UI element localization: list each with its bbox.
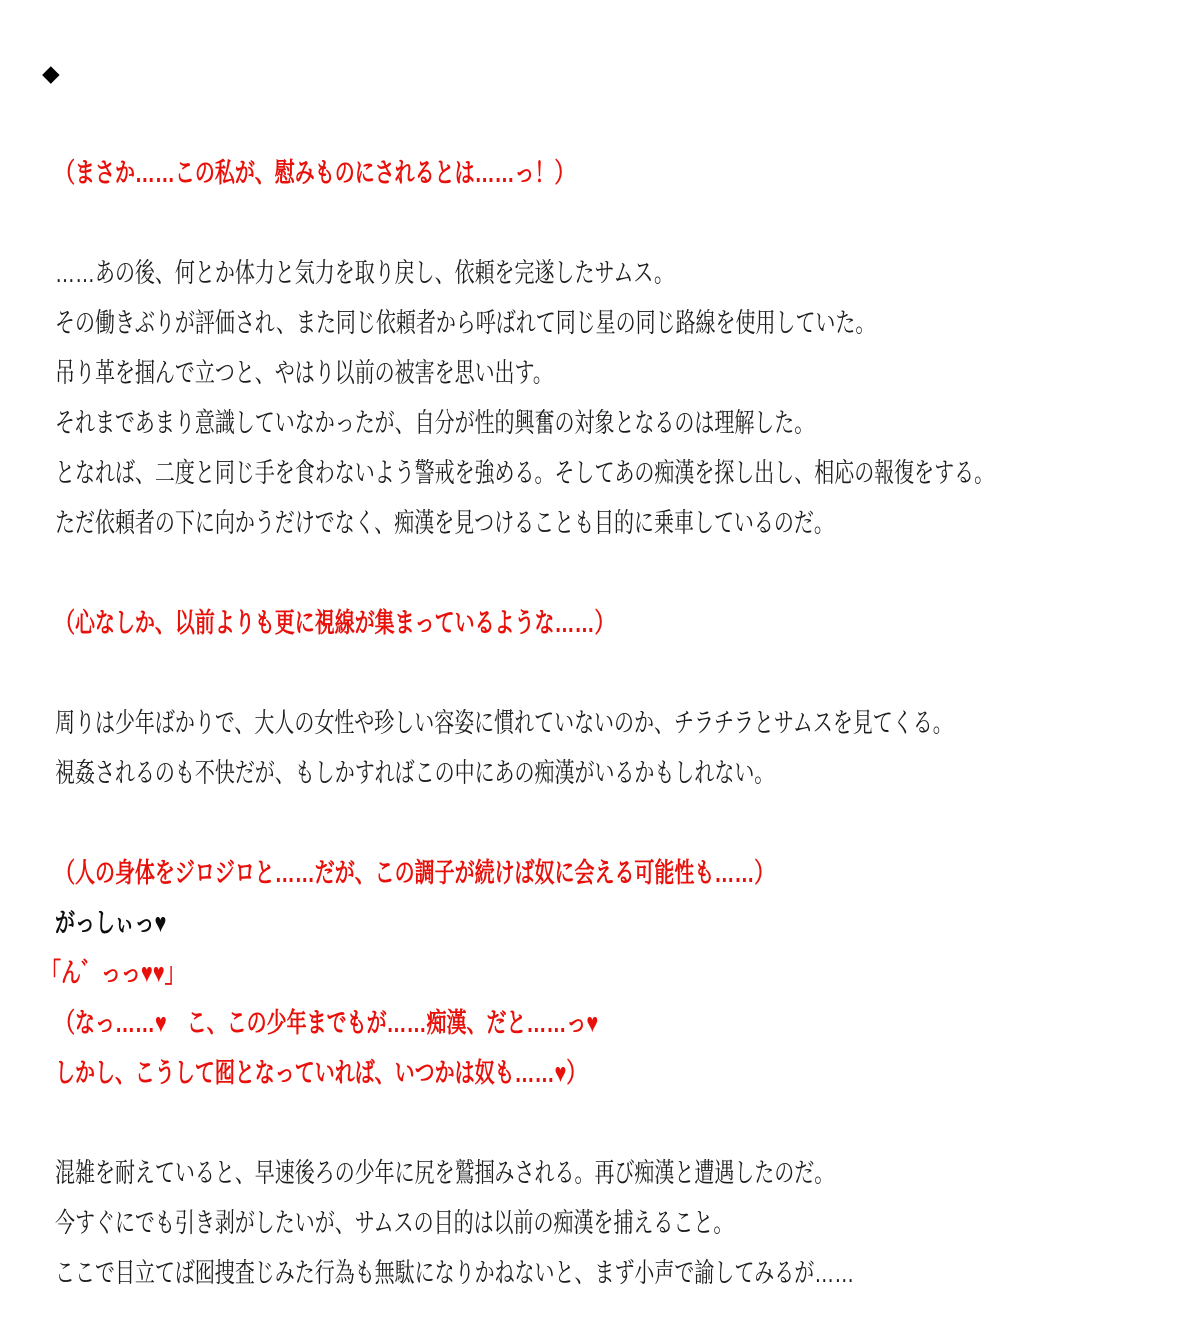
blank-line bbox=[0, 648, 1182, 698]
dialogue-line: 「ん゛っっ♥♥」 bbox=[41, 948, 1182, 998]
narration-line: 視姦されるのも不快だが、もしかすればこの中にあの痴漢がいるかもしれない。 bbox=[55, 748, 1182, 798]
monologue-line: （心なしか、以前よりも更に視線が集まっているような……） bbox=[55, 598, 1182, 648]
narration-line: ただ依頼者の下に向かうだけでなく、痴漢を見つけることも目的に乗車しているのだ。 bbox=[55, 498, 1182, 548]
blank-line bbox=[0, 548, 1182, 598]
sound-effect-line: がっしぃっ♥ bbox=[55, 898, 1182, 948]
narration-line: 周りは少年ばかりで、大人の女性や珍しい容姿に慣れていないのか、チラチラとサムスを… bbox=[55, 698, 1182, 748]
narration-line: 混雑を耐えていると、早速後ろの少年に尻を鷲掴みされる。再び痴漢と遭遇したのだ。 bbox=[55, 1148, 1182, 1198]
blank-line bbox=[0, 1098, 1182, 1148]
narration-line: となれば、二度と同じ手を食わないよう警戒を強める。そしてあの痴漢を探し出し、相応… bbox=[55, 448, 1182, 498]
narration-line: 吊り革を掴んで立つと、やはり以前の被害を思い出す。 bbox=[55, 348, 1182, 398]
document-page: ◆ （まさか……この私が、慰みものにされるとは……っ！） ……あの後、何とか体力… bbox=[0, 0, 1182, 1339]
section-divider: ◆ bbox=[42, 48, 1182, 98]
narration-line: ここで目立てば囮捜査じみた行為も無駄になりかねないと、まず小声で諭してみるが…… bbox=[55, 1248, 1182, 1298]
blank-line bbox=[0, 98, 1182, 148]
narration-line: その働きぶりが評価され、また同じ依頼者から呼ばれて同じ星の同じ路線を使用していた… bbox=[55, 298, 1182, 348]
blank-line bbox=[0, 798, 1182, 848]
monologue-line: （なっ……♥ こ、この少年までもが……痴漢、だと……っ♥ bbox=[55, 998, 1182, 1048]
story-text-body: ◆ （まさか……この私が、慰みものにされるとは……っ！） ……あの後、何とか体力… bbox=[0, 0, 1182, 1298]
diamond-icon: ◆ bbox=[42, 48, 60, 98]
narration-line: それまであまり意識していなかったが、自分が性的興奮の対象となるのは理解した。 bbox=[55, 398, 1182, 448]
narration-line: ……あの後、何とか体力と気力を取り戻し、依頼を完遂したサムス。 bbox=[55, 248, 1182, 298]
monologue-line: しかし、こうして囮となっていれば、いつかは奴も……♥） bbox=[55, 1048, 1182, 1098]
narration-line: 今すぐにでも引き剥がしたいが、サムスの目的は以前の痴漢を捕えること。 bbox=[55, 1198, 1182, 1248]
monologue-line: （まさか……この私が、慰みものにされるとは……っ！） bbox=[55, 148, 1182, 198]
monologue-line: （人の身体をジロジロと……だが、この調子が続けば奴に会える可能性も……） bbox=[55, 848, 1182, 898]
blank-line bbox=[0, 198, 1182, 248]
